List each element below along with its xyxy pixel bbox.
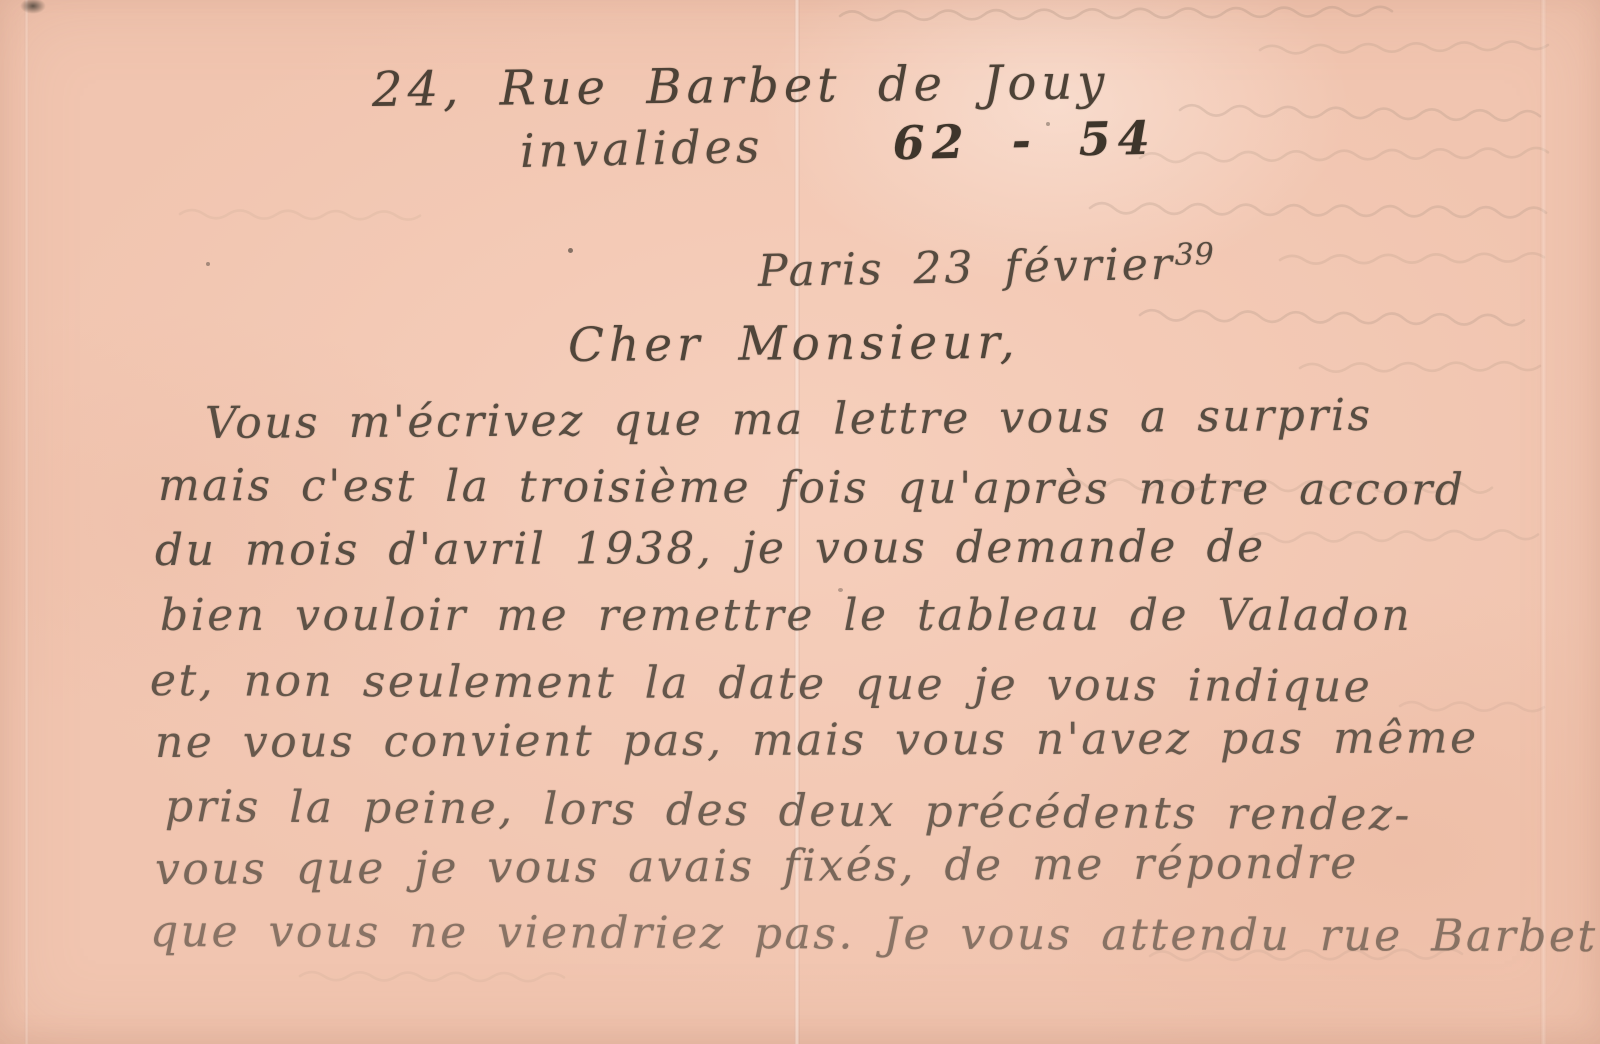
ink-speck <box>206 262 210 266</box>
dateline-year: 39 <box>1174 237 1215 273</box>
salutation: Cher Monsieur, <box>568 319 1020 369</box>
ghost-writing-stroke <box>1140 148 1548 163</box>
letter-body-line: mais c'est la troisième fois qu'après no… <box>158 464 1466 513</box>
ghost-writing-stroke <box>1140 310 1524 325</box>
dateline: Paris 23 février39 <box>758 240 1216 294</box>
letter-body-line: vous que je vous avais fixés, de me répo… <box>155 842 1359 892</box>
ghost-writing-stroke <box>180 210 420 220</box>
phone-exchange-label: invalides <box>519 119 764 178</box>
letter-body-line: Vous m'écrivez que ma lettre vous a surp… <box>205 394 1373 446</box>
ghost-writing-stroke <box>1090 203 1546 218</box>
letter-body-line: et, non seulement la date que je vous in… <box>150 659 1372 709</box>
letter-body-line: pris la peine, lors des deux précédents … <box>165 785 1412 838</box>
ghost-writing-stroke <box>1180 105 1540 121</box>
sender-phone-line: invalides 62 - 54 <box>520 115 1158 174</box>
ghost-writing-stroke <box>1250 530 1538 543</box>
letter-body-line: que vous ne viendriez pas. Je vous atten… <box>150 910 1598 959</box>
dateline-city-day: Paris 23 février <box>758 239 1176 297</box>
phone-number: 62 - 54 <box>892 111 1157 171</box>
left-fold-crease <box>24 0 29 1044</box>
ghost-writing-stroke <box>1300 362 1540 372</box>
ghost-writing-stroke <box>1260 41 1548 54</box>
sender-address-line: 24, Rue Barbet de Jouy <box>372 58 1110 114</box>
ghost-writing-stroke <box>840 7 1392 21</box>
letter-body-line: ne vous convient pas, mais vous n'avez p… <box>155 716 1479 765</box>
right-edge-crease <box>1540 0 1547 1044</box>
corner-smudge <box>20 0 46 14</box>
ghost-writing-stroke <box>300 972 564 981</box>
phone-gap <box>800 160 856 161</box>
letter-body-line: bien vouloir me remettre le tableau de V… <box>160 594 1412 638</box>
letter-page: 24, Rue Barbet de Jouy invalides 62 - 54… <box>0 0 1600 1044</box>
ink-speck <box>568 248 573 253</box>
ghost-writing-stroke <box>1280 253 1544 264</box>
letter-body-line: du mois d'avril 1938, je vous demande de <box>155 525 1266 573</box>
ghost-writing-stroke <box>1400 702 1544 711</box>
